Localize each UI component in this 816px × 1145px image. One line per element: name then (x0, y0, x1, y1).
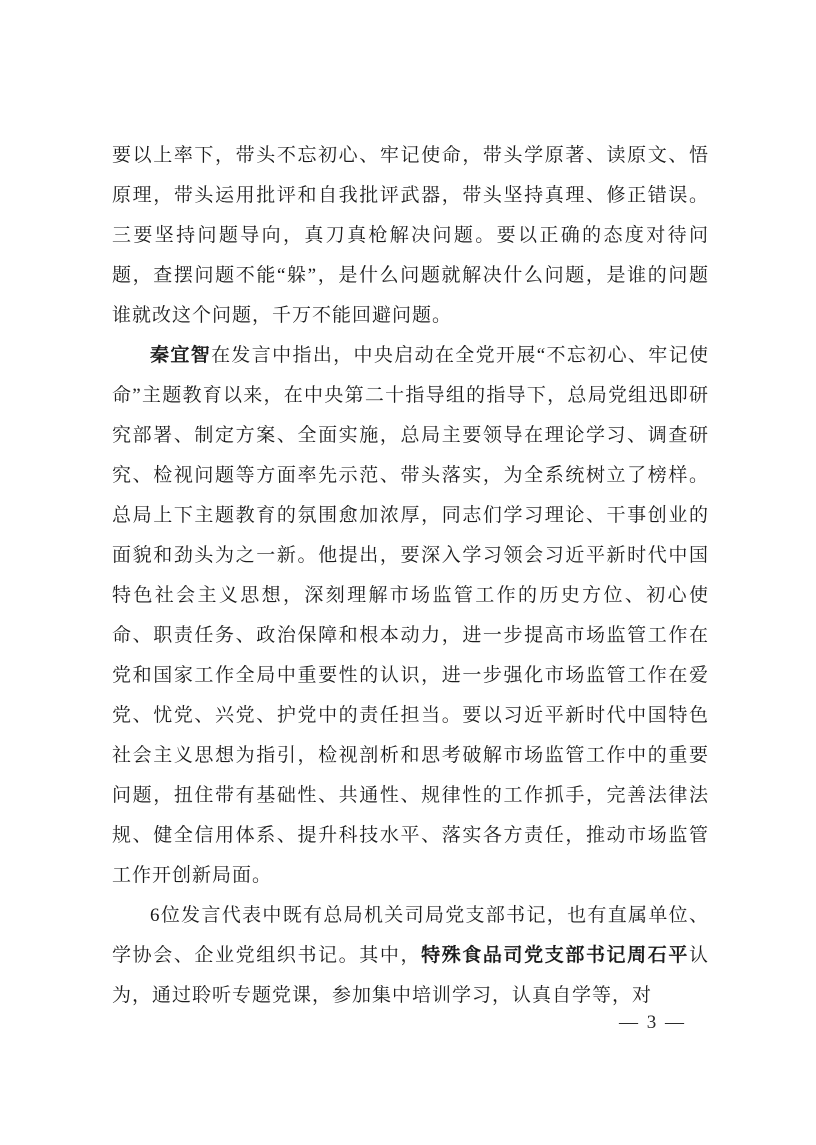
document-page: 要以上率下，带头不忘初心、牢记使命，带头学原著、读原文、悟原理，带头运用批评和自… (0, 0, 816, 1145)
text-segment: 要以上率下，带头不忘初心、牢记使命，带头学原著、读原文、悟原理，带头运用批评和自… (112, 145, 709, 326)
paragraph: 要以上率下，带头不忘初心、牢记使命，带头学原著、读原文、悟原理，带头运用批评和自… (112, 136, 709, 336)
paragraph: 秦宜智在发言中指出，中央启动在全党开展“不忘初心、牢记使命”主题教育以来，在中央… (112, 336, 709, 896)
bold-text-segment: 特殊食品司党支部书记周石平 (421, 945, 689, 966)
document-body: 要以上率下，带头不忘初心、牢记使命，带头学原著、读原文、悟原理，带头运用批评和自… (112, 136, 709, 1016)
page-number: — 3 — (619, 1011, 686, 1035)
bold-text-segment: 秦宜智 (150, 345, 211, 366)
text-segment: 在发言中指出，中央启动在全党开展“不忘初心、牢记使命”主题教育以来，在中央第二十… (112, 345, 709, 886)
paragraph: 6位发言代表中既有总局机关司局党支部书记，也有直属单位、学协会、企业党组织书记。… (112, 896, 709, 1016)
